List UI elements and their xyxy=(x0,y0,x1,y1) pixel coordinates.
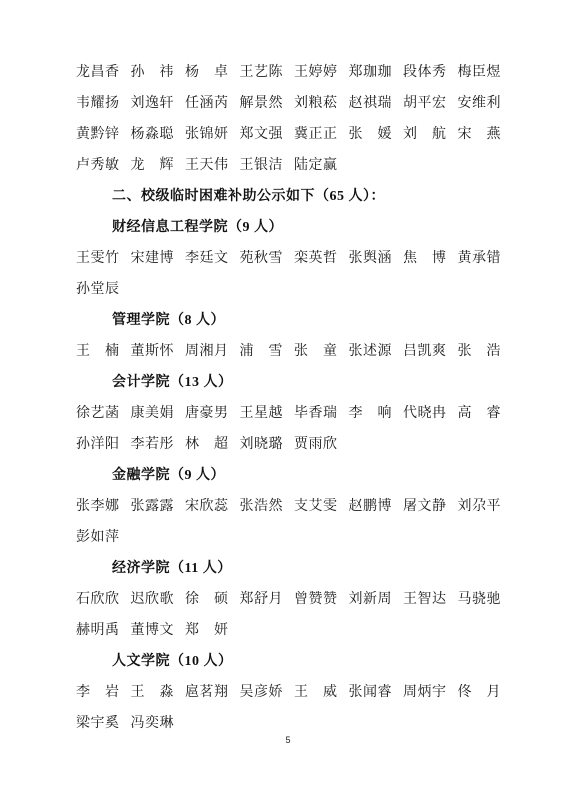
person-name: 焦 博 xyxy=(403,243,447,274)
person-name: 宋 燕 xyxy=(458,119,502,150)
person-name: 郑珈珈 xyxy=(349,57,393,88)
page-footer: 5 xyxy=(0,735,576,745)
person-name: 孙洋阳 xyxy=(76,429,120,460)
person-name: 杨 卓 xyxy=(185,57,229,88)
person-name: 张 媛 xyxy=(349,119,393,150)
person-name: 王艺陈 xyxy=(240,57,284,88)
person-name: 王 淼 xyxy=(131,677,175,708)
person-name: 张锦妍 xyxy=(185,119,229,150)
person-name: 黄承错 xyxy=(458,243,502,274)
person-name: 孙 祎 xyxy=(131,57,175,88)
person-name: 郑舒月 xyxy=(240,584,284,615)
person-name: 段体秀 xyxy=(403,57,447,88)
name-row: 石欣欣迟欣歌徐 硕郑舒月曾赞赞刘新周王智达马骁驰 xyxy=(76,584,506,615)
person-name: 张 童 xyxy=(294,336,338,367)
name-row: 张李娜张露露宋欣蕊张浩然支艾雯赵鹏博屠文静刘尕平 xyxy=(76,491,506,522)
person-name: 王智达 xyxy=(403,584,447,615)
person-name: 迟欣歌 xyxy=(131,584,175,615)
overflow-names-block: 龙昌香孙 祎杨 卓王艺陈王婷婷郑珈珈段体秀梅臣煜韦耀扬刘逸轩任涵芮解景然刘粮菘赵… xyxy=(76,57,506,181)
person-name: 吴彦娇 xyxy=(240,677,284,708)
person-name: 苑秋雪 xyxy=(240,243,284,274)
person-name: 高 睿 xyxy=(458,398,502,429)
person-name: 郑 妍 xyxy=(185,615,229,646)
person-name: 孙堂辰 xyxy=(76,274,120,305)
person-name: 扈茗翔 xyxy=(185,677,229,708)
person-name: 梅臣煜 xyxy=(458,57,502,88)
person-name: 王婷婷 xyxy=(294,57,338,88)
person-name: 吕凯爽 xyxy=(403,336,447,367)
person-name: 黄黔锌 xyxy=(76,119,120,150)
name-row: 韦耀扬刘逸轩任涵芮解景然刘粮菘赵祺瑞胡平宏安维利 xyxy=(76,88,506,119)
person-name: 王雯竹 xyxy=(76,243,120,274)
person-name: 浦 雪 xyxy=(240,336,284,367)
person-name: 刘新周 xyxy=(349,584,393,615)
person-name: 王 楠 xyxy=(76,336,120,367)
person-name: 张 浩 xyxy=(458,336,502,367)
person-name: 胡平宏 xyxy=(403,88,447,119)
person-name: 贾雨欣 xyxy=(294,429,338,460)
name-row: 卢秀敏龙 辉王天伟王银洁陆定赢 xyxy=(76,150,506,181)
person-name: 宋欣蕊 xyxy=(185,491,229,522)
person-name: 毕香瑞 xyxy=(294,398,338,429)
person-name: 安维利 xyxy=(458,88,502,119)
person-name: 张浩然 xyxy=(240,491,284,522)
person-name: 李廷文 xyxy=(185,243,229,274)
person-name: 郑文强 xyxy=(240,119,284,150)
name-row: 徐艺菡康美娟唐豪男王星越毕香瑞李 响代晓冉高 睿 xyxy=(76,398,506,429)
person-name: 栾英哲 xyxy=(294,243,338,274)
person-name: 屠文静 xyxy=(403,491,447,522)
college-heading: 管理学院（8 人） xyxy=(76,305,506,336)
person-name: 王星越 xyxy=(240,398,284,429)
person-name: 董博文 xyxy=(131,615,175,646)
person-name: 刘 航 xyxy=(403,119,447,150)
person-name: 李 岩 xyxy=(76,677,120,708)
person-name: 张舆涵 xyxy=(349,243,393,274)
person-name: 冀正正 xyxy=(294,119,338,150)
college-heading: 财经信息工程学院（9 人） xyxy=(76,212,506,243)
person-name: 林 超 xyxy=(185,429,229,460)
person-name: 支艾雯 xyxy=(294,491,338,522)
person-name: 龙 辉 xyxy=(131,150,175,181)
person-name: 陆定赢 xyxy=(294,150,338,181)
document-content: 龙昌香孙 祎杨 卓王艺陈王婷婷郑珈珈段体秀梅臣煜韦耀扬刘逸轩任涵芮解景然刘粮菘赵… xyxy=(76,57,506,739)
college-heading: 经济学院（11 人） xyxy=(76,553,506,584)
person-name: 刘晓璐 xyxy=(240,429,284,460)
section-heading: 二、校级临时困难补助公示如下（65 人）： xyxy=(76,181,506,212)
page-number: 5 xyxy=(285,735,290,745)
person-name: 赵鹏博 xyxy=(349,491,393,522)
person-name: 王天伟 xyxy=(185,150,229,181)
person-name: 周炳宇 xyxy=(403,677,447,708)
person-name: 王 威 xyxy=(294,677,338,708)
college-heading: 会计学院（13 人） xyxy=(76,367,506,398)
person-name: 李 响 xyxy=(349,398,393,429)
person-name: 石欣欣 xyxy=(76,584,120,615)
person-name: 康美娟 xyxy=(131,398,175,429)
college-heading: 人文学院（10 人） xyxy=(76,646,506,677)
person-name: 卢秀敏 xyxy=(76,150,120,181)
colleges-block: 财经信息工程学院（9 人）王雯竹宋建博李廷文苑秋雪栾英哲张舆涵焦 博黄承错孙堂辰… xyxy=(76,212,506,739)
person-name: 任涵芮 xyxy=(185,88,229,119)
person-name: 刘粮菘 xyxy=(294,88,338,119)
person-name: 张李娜 xyxy=(76,491,120,522)
person-name: 彭如萍 xyxy=(76,522,120,553)
name-row: 王雯竹宋建博李廷文苑秋雪栾英哲张舆涵焦 博黄承错 xyxy=(76,243,506,274)
person-name: 徐艺菡 xyxy=(76,398,120,429)
person-name: 赫明禹 xyxy=(76,615,120,646)
person-name: 赵祺瑞 xyxy=(349,88,393,119)
person-name: 张述源 xyxy=(349,336,393,367)
person-name: 董斯怀 xyxy=(131,336,175,367)
person-name: 徐 硕 xyxy=(185,584,229,615)
person-name: 刘尕平 xyxy=(458,491,502,522)
name-row: 赫明禹董博文郑 妍 xyxy=(76,615,506,646)
person-name: 王银洁 xyxy=(240,150,284,181)
name-row: 王 楠董斯怀周湘月浦 雪张 童张述源吕凯爽张 浩 xyxy=(76,336,506,367)
person-name: 宋建博 xyxy=(131,243,175,274)
person-name: 龙昌香 xyxy=(76,57,120,88)
person-name: 马骁驰 xyxy=(458,584,502,615)
name-row: 李 岩王 淼扈茗翔吴彦娇王 威张闻睿周炳宇佟 月 xyxy=(76,677,506,708)
person-name: 张露露 xyxy=(131,491,175,522)
person-name: 杨淼聪 xyxy=(131,119,175,150)
person-name: 佟 月 xyxy=(458,677,502,708)
person-name: 曾赞赞 xyxy=(294,584,338,615)
name-row: 孙堂辰 xyxy=(76,274,506,305)
person-name: 张闻睿 xyxy=(349,677,393,708)
person-name: 李若彤 xyxy=(131,429,175,460)
name-row: 龙昌香孙 祎杨 卓王艺陈王婷婷郑珈珈段体秀梅臣煜 xyxy=(76,57,506,88)
document-page: 龙昌香孙 祎杨 卓王艺陈王婷婷郑珈珈段体秀梅臣煜韦耀扬刘逸轩任涵芮解景然刘粮菘赵… xyxy=(0,0,576,788)
person-name: 刘逸轩 xyxy=(131,88,175,119)
name-row: 孙洋阳李若彤林 超刘晓璐贾雨欣 xyxy=(76,429,506,460)
person-name: 唐豪男 xyxy=(185,398,229,429)
name-row: 黄黔锌杨淼聪张锦妍郑文强冀正正张 媛刘 航宋 燕 xyxy=(76,119,506,150)
name-row: 彭如萍 xyxy=(76,522,506,553)
person-name: 周湘月 xyxy=(185,336,229,367)
person-name: 解景然 xyxy=(240,88,284,119)
person-name: 韦耀扬 xyxy=(76,88,120,119)
person-name: 代晓冉 xyxy=(403,398,447,429)
college-heading: 金融学院（9 人） xyxy=(76,460,506,491)
